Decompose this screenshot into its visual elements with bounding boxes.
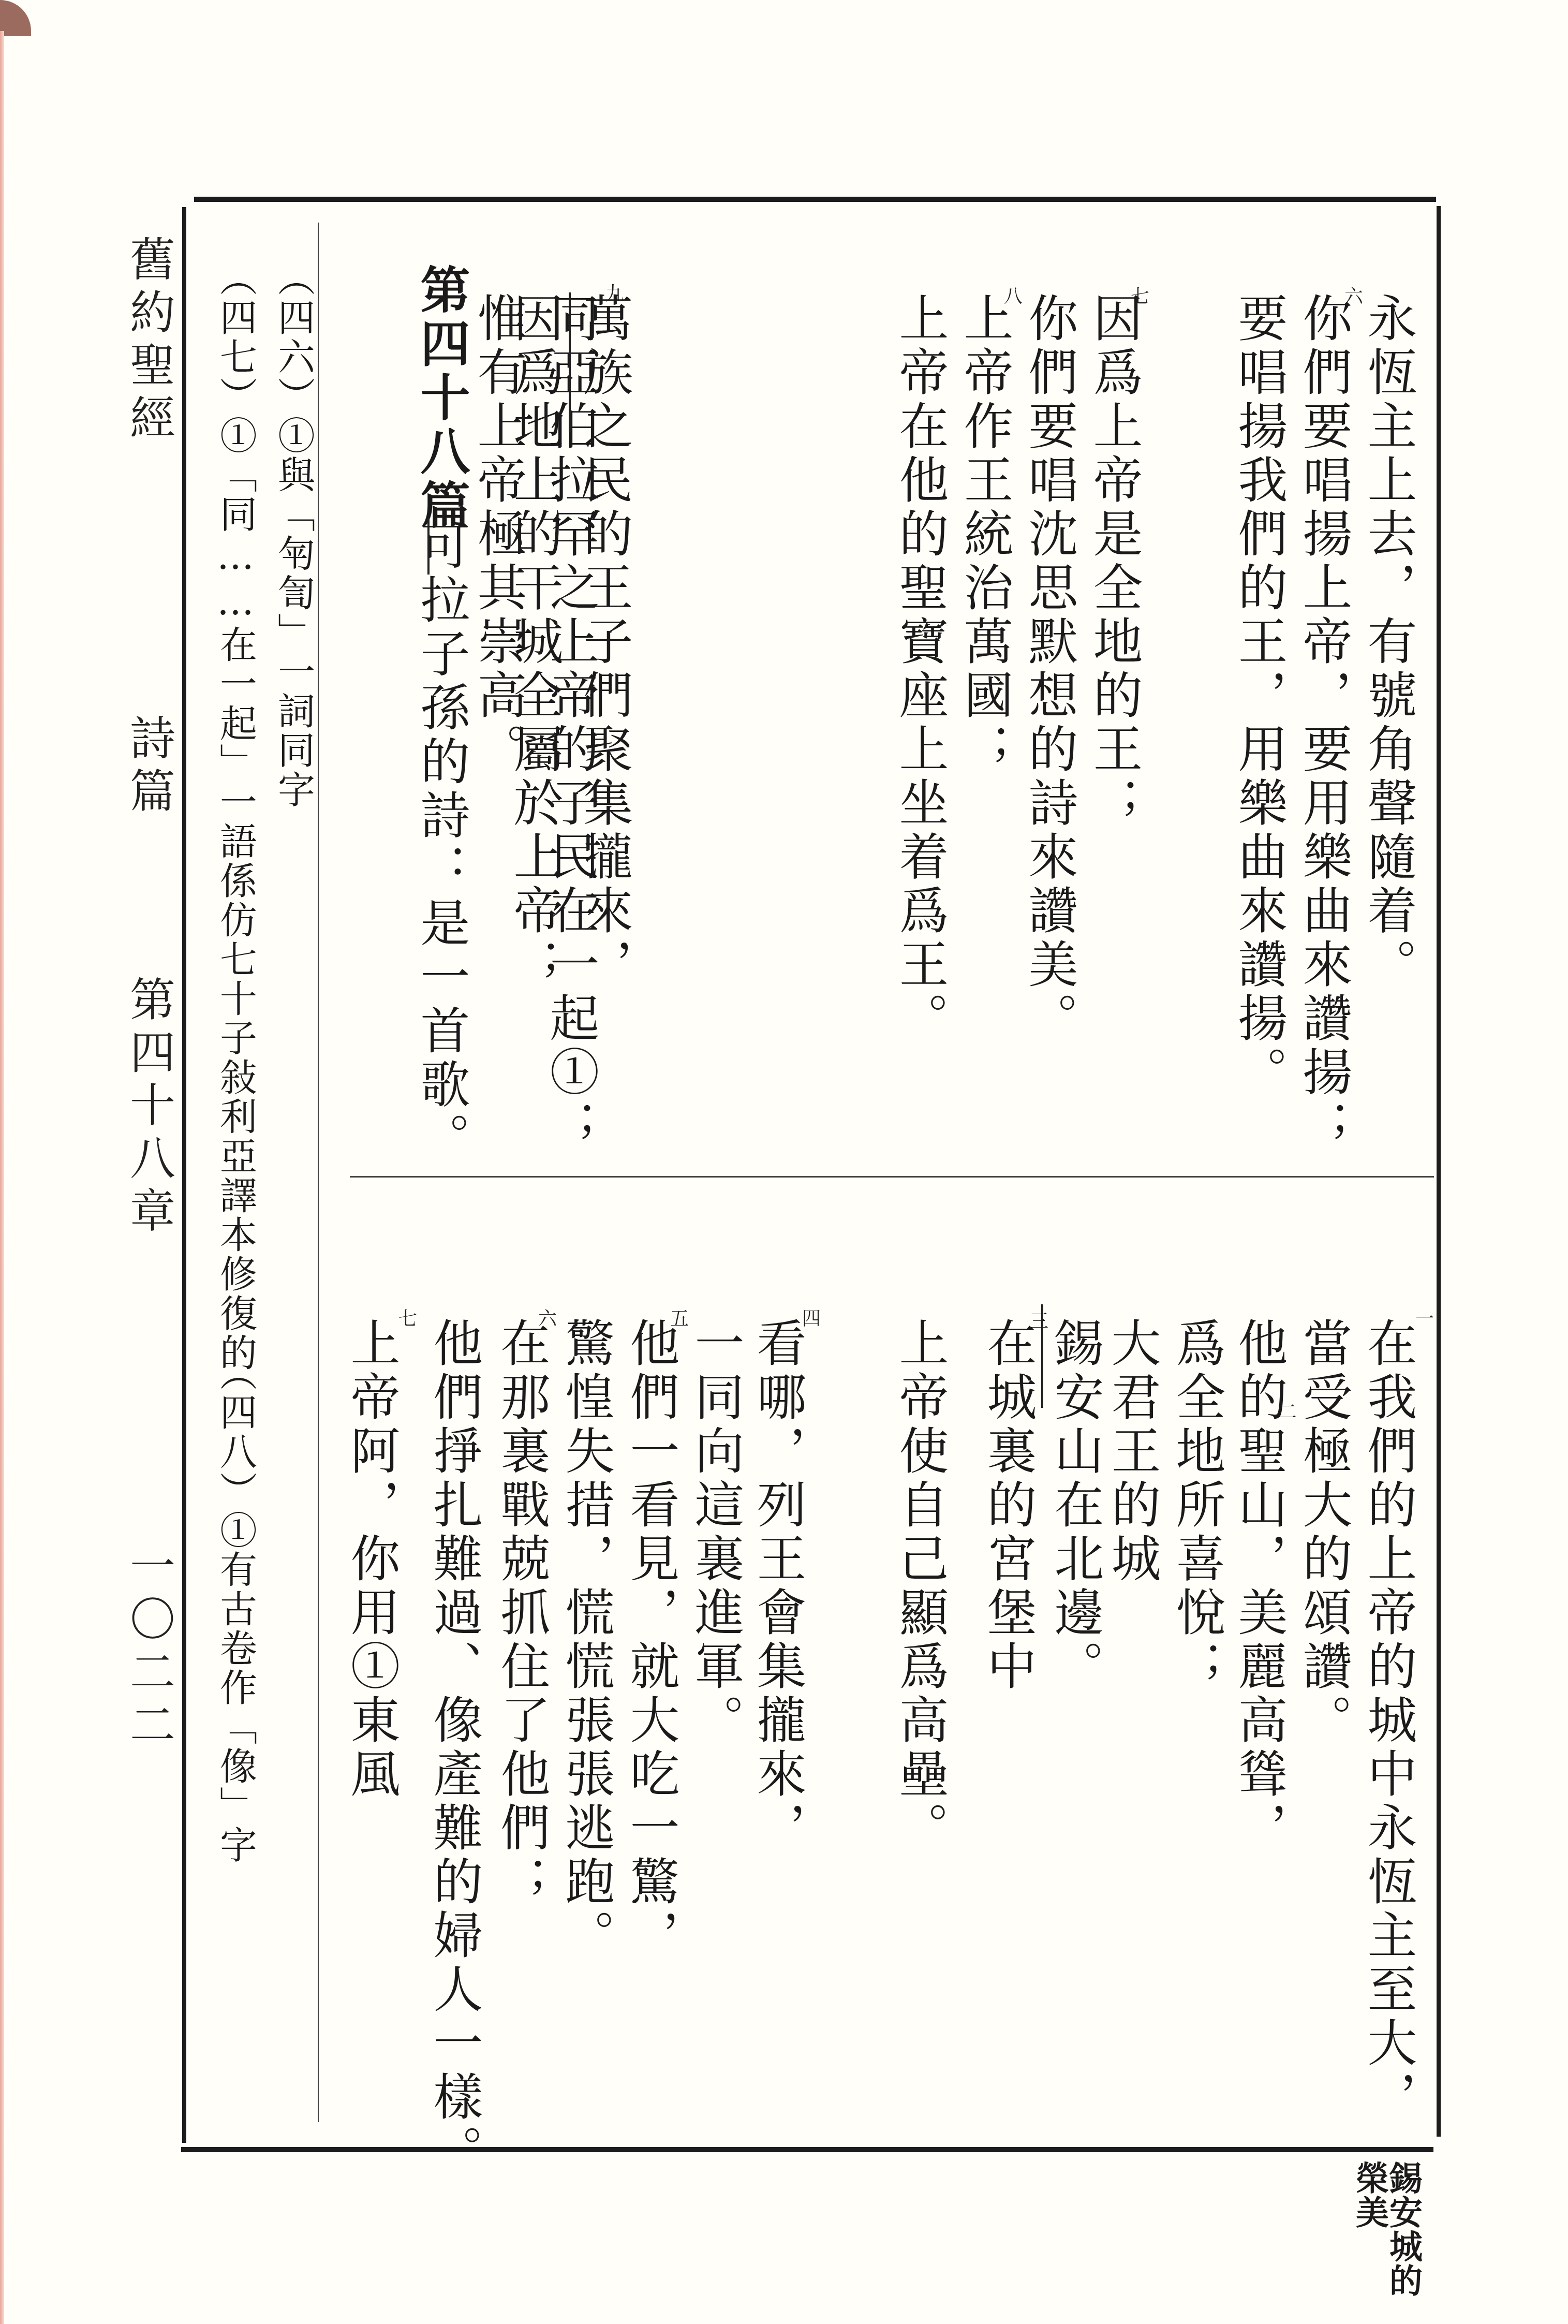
verse-line: 上帝使自己顯爲高壘。 (895, 1317, 945, 1856)
frame-bottom (181, 2147, 1433, 2152)
verse-line: 他的聖山，美麗高聳， (1234, 1317, 1284, 1856)
verse-line: 他們掙扎難過、像產難的婦人一樣。 (430, 1317, 479, 2179)
verse-line: 上帝在他的聖寶座上坐着爲王。 (895, 292, 945, 1046)
frame-top (194, 197, 1436, 202)
verse-line: 在我們的上帝的城中永恆主至大， (1364, 1317, 1413, 2125)
verse-line: 一同向這裏進軍。 (691, 1317, 741, 1748)
verse-line: 大君王的城 (1107, 1317, 1157, 1586)
verse-number: 一 (1415, 1304, 1434, 1331)
proper-name-mark (569, 292, 571, 432)
verse-line: 爲全地所喜悅； (1172, 1317, 1222, 1694)
verse-line: 因爲上帝是全地的王； (1089, 292, 1139, 831)
verse-line: 看哪，列王會集攏來， (753, 1317, 803, 1856)
book-edge (0, 31, 4, 2324)
margin-label-line2: 榮美 (1345, 2161, 1393, 2229)
running-header-chapter: 第四十八章 (116, 976, 182, 1240)
verse-line: 要唱揚我們的王，用樂曲來讚揚。 (1234, 292, 1284, 1100)
page-number: 一〇二二 (116, 1542, 182, 1754)
footnote-46: （四六）①與「匉訇」一詞同字 (267, 259, 320, 810)
verse-number: 七 (398, 1304, 417, 1331)
frame-right (1437, 206, 1441, 2137)
verse-line: 上帝作王統治萬國； (960, 292, 1010, 777)
psalm-title: 第四十八篇 (406, 264, 477, 533)
running-header-section: 詩篇 (116, 714, 182, 820)
verse-line: 他們一看見，就大吃一驚， (626, 1317, 676, 1963)
verse-line: 當受極大的頌讚。 (1299, 1317, 1349, 1748)
verse-line: 你們要唱沈思默想的詩來讚美。 (1025, 292, 1074, 1046)
psalm-subtitle: 可拉子孫的詩：是一首歌。 (406, 520, 477, 1166)
verse-line: 惟有上帝極其崇高。 (474, 292, 523, 777)
verse-line: 錫安山在北邊。 (1051, 1317, 1100, 1694)
running-header-book: 舊約聖經 (116, 236, 182, 447)
verse-line: 上帝阿，你用①東風 (347, 1317, 396, 1802)
proper-name-mark (427, 518, 430, 575)
footnote-47: （四七）①「同……在一起」一語係仿七十子敍利亞譯本修復的 (209, 259, 262, 1373)
verse-line: 在城裏的宮堡中 (983, 1317, 1033, 1694)
verse-line: 在那裏戰兢抓住了他們； (497, 1317, 546, 1909)
frame-left (182, 207, 186, 2143)
book-edge-corner (0, 0, 31, 36)
verse-line: 驚惶失措，慌慌張張逃跑。 (561, 1317, 611, 1963)
footnote-48: （四八）①有古卷作「像」字 (209, 1354, 262, 1865)
section-divider (350, 1176, 1434, 1178)
proper-name-mark (1041, 1304, 1043, 1408)
verse-line: 永恆主上去，有號角聲隨着。 (1364, 292, 1413, 992)
verse-line: 你們要唱揚上帝，要用樂曲來讚揚； (1299, 292, 1349, 1154)
